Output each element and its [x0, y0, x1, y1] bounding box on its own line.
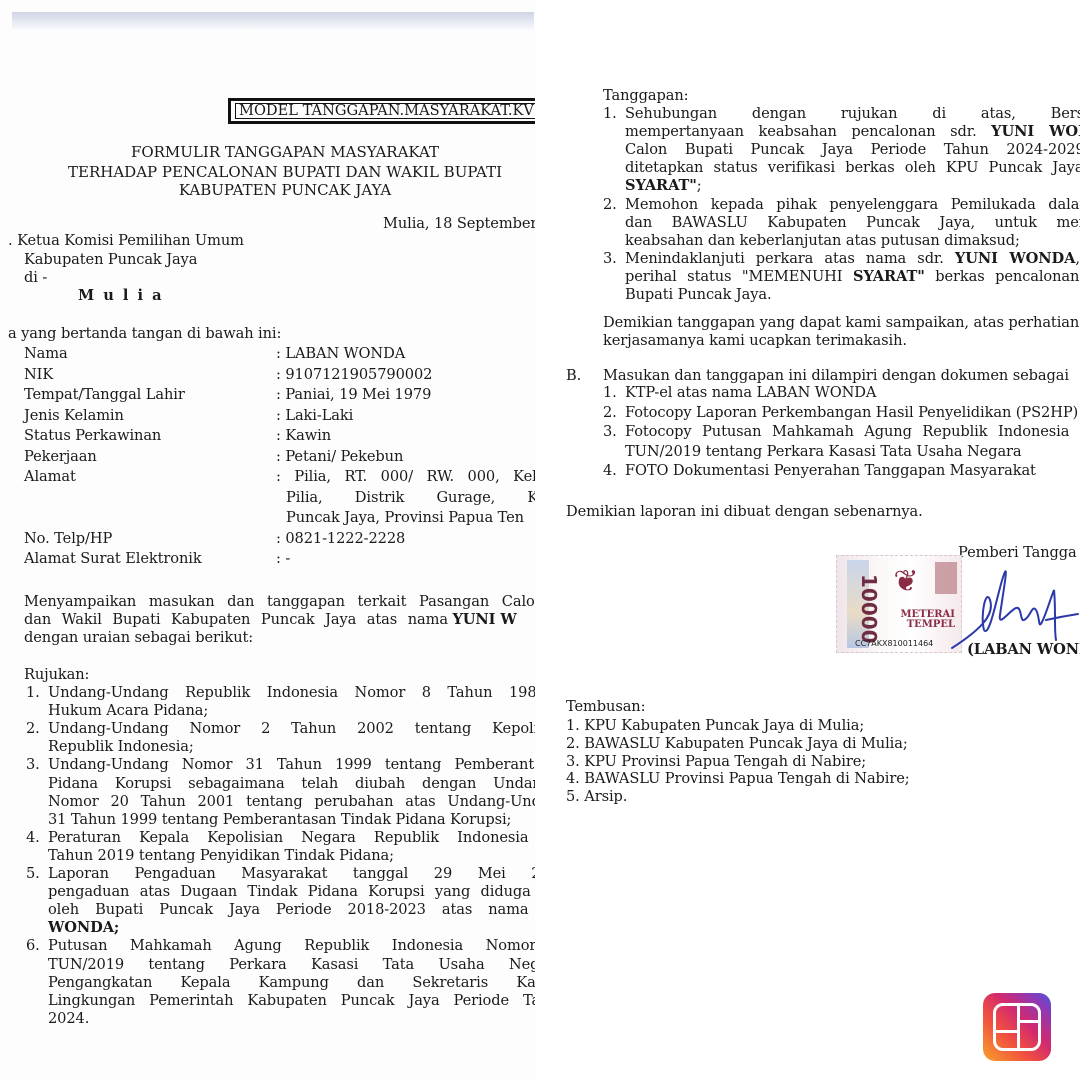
- document-page-right: Tanggapan: 1.Sehubungan dengan rujukan d…: [541, 0, 1080, 1080]
- list-item-line: Pengangkatan Kepala Kampung dan Sekretar…: [48, 973, 535, 993]
- list-number: 2.: [603, 195, 617, 215]
- list-item-line: Menindaklanjuti perkara atas nama sdr. Y…: [625, 249, 1080, 269]
- list-item-line: Bupati Puncak Jaya.: [625, 285, 772, 305]
- tembusan-item: 5. Arsip.: [566, 787, 627, 807]
- identity-label: NIK: [24, 365, 53, 385]
- list-number: 6.: [26, 936, 40, 956]
- recipient-line-1: . Ketua Komisi Pemilihan Umum: [8, 231, 244, 251]
- list-item-line: dan BAWASLU Kabupaten Puncak Jaya, untuk…: [625, 213, 1080, 233]
- garuda-emblem-icon: ❦: [889, 562, 923, 602]
- recipient-line-2: Kabupaten Puncak Jaya: [24, 250, 197, 270]
- identity-value: : Kawin: [276, 426, 331, 446]
- model-label: MODEL TANGGAPAN.MASYARAKAT.KV: [239, 102, 534, 119]
- document-page-left: MODEL TANGGAPAN.MASYARAKAT.KV FORMULIR T…: [0, 0, 535, 1080]
- list-item-line: Fotocopy Laporan Perkembangan Hasil Peny…: [625, 403, 1078, 423]
- identity-label: Jenis Kelamin: [24, 406, 124, 426]
- identity-value: Pilia, Distrik Gurage, Kab: [286, 488, 535, 508]
- list-item-line: Hukum Acara Pidana;: [48, 701, 208, 721]
- closing-1-line-1: Demikian tanggapan yang dapat kami sampa…: [603, 313, 1079, 333]
- list-item-line: Laporan Pengaduan Masyarakat tanggal 29 …: [48, 864, 535, 884]
- list-item-line: Undang-Undang Nomor 31 Tahun 1999 tentan…: [48, 755, 535, 775]
- list-item-line: KTP-el atas nama LABAN WONDA: [625, 383, 876, 403]
- list-number: 1.: [603, 383, 617, 403]
- list-item-line: FOTO Dokumentasi Penyerahan Tanggapan Ma…: [625, 461, 1036, 481]
- list-item-line: Undang-Undang Republik Indonesia Nomor 8…: [48, 683, 535, 703]
- form-title-line-3: KABUPATEN PUNCAK JAYA: [0, 180, 535, 200]
- tembusan-heading: Tembusan:: [566, 697, 645, 717]
- statement-line-3: dengan uraian sebagai berikut:: [24, 628, 253, 648]
- list-item-line: Memohon kepada pihak penyelenggara Pemil…: [625, 195, 1080, 215]
- section-b-label: B.: [566, 366, 581, 386]
- identity-label: No. Telp/HP: [24, 529, 112, 549]
- stamp-code: CC7AKX810011464: [855, 639, 933, 648]
- list-item-line: keabsahan dan keberlanjutan atas putusan…: [625, 231, 1020, 251]
- stamp-label: METERAI TEMPEL: [900, 610, 955, 630]
- list-item-line: Nomor 20 Tahun 2001 tentang perubahan at…: [48, 792, 535, 812]
- list-number: 4.: [26, 828, 40, 848]
- candidate-name: YUNI W: [452, 611, 516, 628]
- identity-label: Tempat/Tanggal Lahir: [24, 385, 185, 405]
- statement-line-2: dan Wakil Bupati Kabupaten Puncak Jaya a…: [24, 610, 517, 630]
- list-number: 5.: [26, 864, 40, 884]
- list-item-line: TUN/2019 tentang Perkara Kasasi Tata Usa…: [625, 442, 1022, 462]
- identity-value: Puncak Jaya, Provinsi Papua Ten: [286, 508, 524, 528]
- identity-value: : -: [276, 549, 290, 569]
- list-item-line: oleh Bupati Puncak Jaya Periode 2018-202…: [48, 900, 535, 920]
- list-number: 1.: [26, 683, 40, 703]
- form-title-line-1: FORMULIR TANGGAPAN MASYARAKAT: [0, 142, 535, 162]
- identity-label: Pekerjaan: [24, 447, 97, 467]
- identity-label: Status Perkawinan: [24, 426, 161, 446]
- model-label-box: MODEL TANGGAPAN.MASYARAKAT.KV: [228, 98, 535, 124]
- stamp-label-line-2: TEMPEL: [900, 620, 955, 630]
- identity-value: : Petani/ Pekebun: [276, 447, 403, 467]
- recipient-city: M u l i a: [78, 286, 164, 306]
- list-number: 3.: [603, 422, 617, 442]
- place-date: Mulia, 18 September: [383, 214, 535, 234]
- identity-value: : Laki-Laki: [276, 406, 353, 426]
- scan-shadow: [12, 12, 534, 32]
- list-number: 3.: [26, 755, 40, 775]
- list-number: 1.: [603, 104, 617, 124]
- list-item-line: 31 Tahun 1999 tentang Pemberantasan Tind…: [48, 810, 511, 830]
- identity-value: : Pilia, RT. 000/ RW. 000, Kelu: [276, 467, 535, 487]
- list-item-line: Putusan Mahkamah Agung Republik Indonesi…: [48, 936, 535, 956]
- collage-layout-icon[interactable]: [983, 993, 1051, 1061]
- list-number: 2.: [26, 719, 40, 739]
- rujukan-heading: Rujukan:: [24, 665, 89, 685]
- recipient-line-3: di -: [24, 268, 47, 288]
- list-item-line: WONDA;: [48, 918, 119, 938]
- list-item-line: Peraturan Kepala Kepolisian Negara Repub…: [48, 828, 535, 848]
- identity-label: Alamat: [24, 467, 76, 487]
- list-item-line: SYARAT";: [625, 176, 702, 196]
- identity-value: : Paniai, 19 Mei 1979: [276, 385, 431, 405]
- list-number: 2.: [603, 403, 617, 423]
- list-item-line: pengaduan atas Dugaan Tindak Pidana Koru…: [48, 882, 535, 902]
- identity-value: : 0821-1222-2228: [276, 529, 405, 549]
- tanggapan-heading: Tanggapan:: [603, 86, 688, 106]
- list-number: 3.: [603, 249, 617, 269]
- identity-value: : 9107121905790002: [276, 365, 432, 385]
- closing-1-line-2: kerjasamanya kami ucapkan terimakasih.: [603, 331, 907, 351]
- list-item-line: Sehubungan dengan rujukan di atas, Bersa…: [625, 104, 1080, 124]
- signature-icon: [950, 560, 1080, 650]
- statement-line-1: Menyampaikan masukan dan tanggapan terka…: [24, 592, 535, 612]
- stamp-value: 10000: [857, 574, 881, 634]
- closing-2: Demikian laporan ini dibuat dengan seben…: [566, 502, 923, 522]
- meterai-stamp: 10000 ❦ METERAI TEMPEL CC7AKX810011464: [836, 555, 962, 653]
- intro-line: a yang bertanda tangan di bawah ini:: [8, 324, 281, 344]
- list-item-line: Lingkungan Pemerintah Kabupaten Puncak J…: [48, 991, 535, 1011]
- list-item-line: Undang-Undang Nomor 2 Tahun 2002 tentang…: [48, 719, 535, 739]
- list-item-line: perihal status "MEMENUHI SYARAT" berkas …: [625, 267, 1080, 287]
- list-item-line: 2024.: [48, 1009, 89, 1029]
- list-item-line: Pidana Korupsi sebagaimana telah diubah …: [48, 774, 535, 794]
- list-item-line: Calon Bupati Puncak Jaya Periode Tahun 2…: [625, 140, 1080, 160]
- list-item-line: Tahun 2019 tentang Penyidikan Tindak Pid…: [48, 846, 394, 866]
- list-number: 4.: [603, 461, 617, 481]
- list-item-line: Fotocopy Putusan Mahkamah Agung Republik…: [625, 422, 1080, 442]
- list-item-line: Republik Indonesia;: [48, 737, 194, 757]
- list-item-line: mempertanyaan keabsahan pencalonan sdr. …: [625, 122, 1080, 142]
- identity-value: : LABAN WONDA: [276, 344, 405, 364]
- list-item-line: ditetapkan status verifikasi berkas oleh…: [625, 158, 1080, 178]
- identity-label: Nama: [24, 344, 68, 364]
- list-item-line: TUN/2019 tentang Perkara Kasasi Tata Usa…: [48, 955, 535, 975]
- form-title-line-2: TERHADAP PENCALONAN BUPATI DAN WAKIL BUP…: [0, 162, 535, 182]
- identity-label: Alamat Surat Elektronik: [24, 549, 202, 569]
- statement-text: dan Wakil Bupati Kabupaten Puncak Jaya a…: [24, 611, 448, 628]
